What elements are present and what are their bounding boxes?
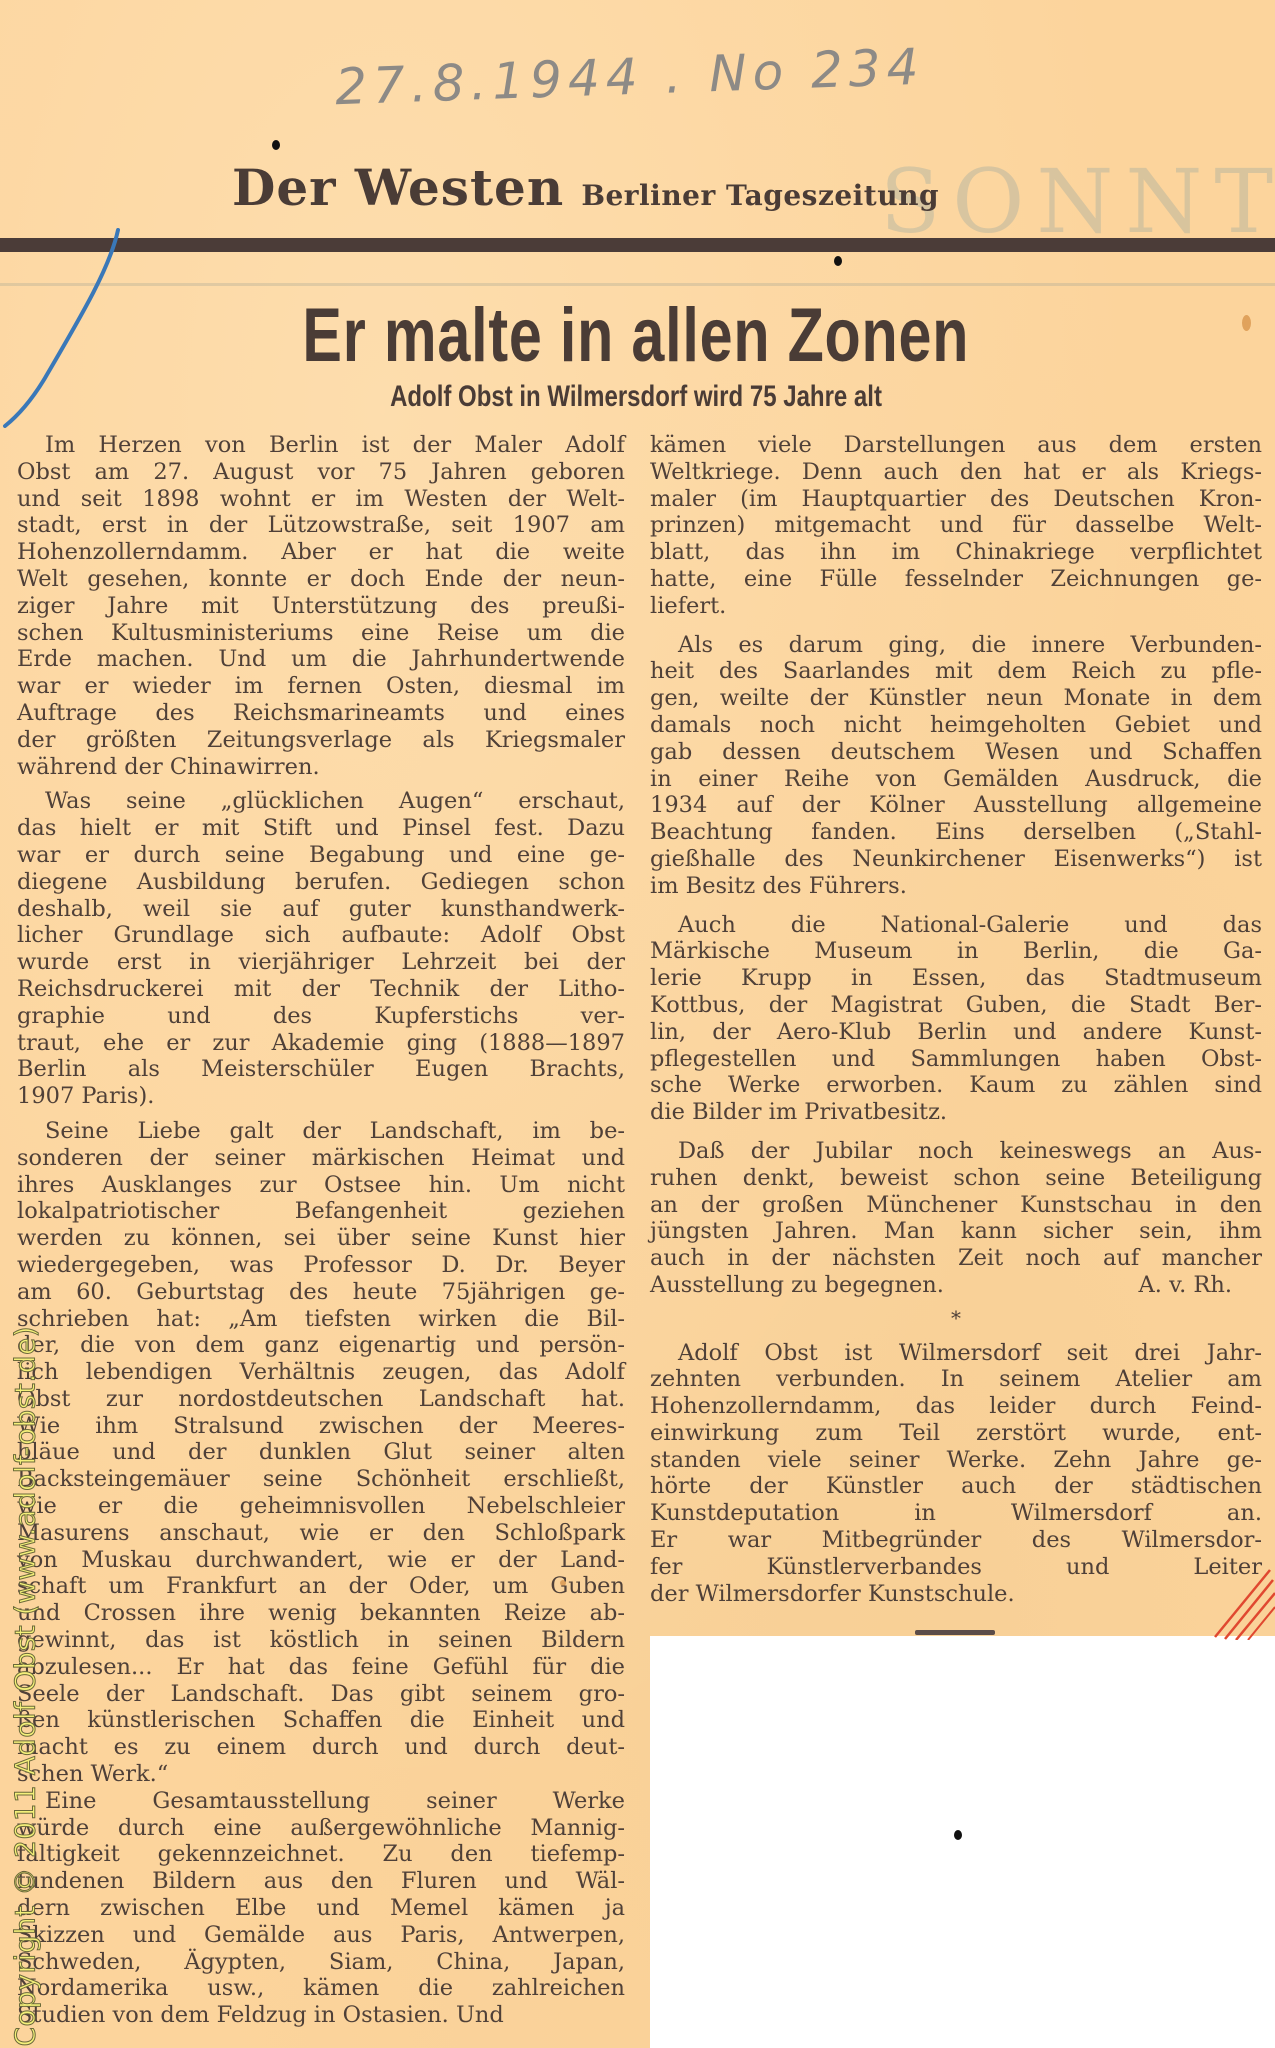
- article-paragraph: Seine Liebe galt der Landschaft, im be-s…: [17, 1118, 625, 1788]
- author-signature: A. v. Rh.: [1139, 1272, 1232, 1299]
- article-right-column: kämen viele Darstellungen aus dem ersten…: [650, 432, 1262, 1607]
- article-paragraph: Als es darum ging, die innere Verbunden-…: [650, 632, 1262, 900]
- text-line: lin, der Aero-Klub Berlin und andere Kun…: [650, 1019, 1262, 1046]
- article-paragraph: Auch die National-Galerie und dasMärkisc…: [650, 912, 1262, 1126]
- text-line: Welt gesehen, konnte er doch Ende der ne…: [17, 566, 625, 593]
- text-line: Backsteingemäuer seine Schönheit erschli…: [17, 1466, 625, 1493]
- text-line: sche Werke erworben. Kaum zu zählen sind: [650, 1072, 1262, 1099]
- text-line: Auch die National-Galerie und das: [650, 912, 1262, 939]
- text-line: schaft um Frankfurt an der Oder, um Gube…: [17, 1573, 625, 1600]
- text-line: sonderen der seiner märkischen Heimat un…: [17, 1145, 625, 1172]
- text-line: Was seine „glücklichen Augen“ erschaut,: [17, 788, 625, 815]
- text-line: maler (im Hauptquartier des Deutschen Kr…: [650, 486, 1262, 513]
- text-line: während der Chinawirren.: [17, 754, 625, 781]
- text-line: ßen künstlerischen Schaffen die Einheit …: [17, 1707, 625, 1734]
- masthead-rule: [0, 238, 1275, 252]
- text-line: im Besitz des Führers.: [650, 873, 1262, 900]
- text-line: Märkische Museum in Berlin, die Ga-: [650, 938, 1262, 965]
- text-line: jüngsten Jahren. Man kann sicher sein, i…: [650, 1218, 1262, 1245]
- newspaper-subtitle: Berliner Tageszeitung: [581, 179, 939, 212]
- text-line: Beachtung fanden. Eins derselben („Stahl…: [650, 819, 1262, 846]
- text-line: damals noch nicht heimgeholten Gebiet un…: [650, 712, 1262, 739]
- text-line: liefert.: [650, 593, 1262, 620]
- article-subheadline: Adolf Obst in Wilmersdorf wird 75 Jahre …: [126, 380, 1146, 414]
- newspaper-name: Der Westen: [232, 158, 564, 217]
- text-line: kämen viele Darstellungen aus dem ersten: [650, 432, 1262, 459]
- text-line: der, die von dem ganz eigenartig und per…: [17, 1332, 625, 1359]
- text-line: Kottbus, der Magistrat Guben, die Stadt …: [650, 992, 1262, 1019]
- text-line: schrieben hat: „Am tiefsten wirken die B…: [17, 1306, 625, 1333]
- thin-rule: [0, 283, 1275, 286]
- text-line: traut, ehe er zur Akademie ging (1888—18…: [17, 1030, 625, 1057]
- punch-dot: [834, 256, 842, 266]
- text-line: graphie und des Kupferstichs ver-: [17, 1003, 625, 1030]
- text-line: wiedergegeben, was Professor D. Dr. Beye…: [17, 1252, 625, 1279]
- text-line: blatt, das ihn im Chinakriege verpflicht…: [650, 539, 1262, 566]
- text-line: hörte der Künstler auch der städtischen: [650, 1473, 1262, 1500]
- text-line: faltigkeit gekennzeichnet. Zu den tiefem…: [17, 1841, 625, 1868]
- text-line: Obst am 27. August vor 75 Jahren geboren: [17, 459, 625, 486]
- text-line: schen Werk.“: [17, 1761, 625, 1788]
- text-line: prinzen) mitgemacht und für dasselbe Wel…: [650, 512, 1262, 539]
- punch-dot: [272, 140, 280, 150]
- text-line: heit des Saarlandes mit dem Reich zu pfl…: [650, 658, 1262, 685]
- text-line: Adolf Obst ist Wilmersdorf seit drei Jah…: [650, 1340, 1262, 1367]
- text-line: ziger Jahre mit Unterstützung des preußi…: [17, 593, 625, 620]
- addendum-paragraph: Adolf Obst ist Wilmersdorf seit drei Jah…: [650, 1340, 1262, 1608]
- text-line: lerie Krupp in Essen, das Stadtmuseum: [650, 965, 1262, 992]
- text-line: Nordamerika usw., kämen die zahlreichen: [17, 1975, 625, 2002]
- text-line: der größten Zeitungsverlage als Kriegsma…: [17, 727, 625, 754]
- text-line: Ausstellung zu begegnen.A. v. Rh.: [650, 1272, 1262, 1299]
- text-line: gewinnt, das ist köstlich in seinen Bild…: [17, 1627, 625, 1654]
- blank-scan-area: [650, 1636, 1275, 2048]
- text-line: das hielt er mit Stift und Pinsel fest. …: [17, 815, 625, 842]
- article-paragraph: Was seine „glücklichen Augen“ erschaut,d…: [17, 788, 625, 1110]
- article-paragraph: Im Herzen von Berlin ist der Maler Adolf…: [17, 432, 625, 780]
- text-line: Berlin als Meisterschüler Eugen Brachts,: [17, 1056, 625, 1083]
- text-line: Schweden, Ägypten, Siam, China, Japan,: [17, 1949, 625, 1976]
- text-line: diegene Ausbildung berufen. Gediegen sch…: [17, 869, 625, 896]
- text-line: Skizzen und Gemälde aus Paris, Antwerpen…: [17, 1922, 625, 1949]
- text-line: Eine Gesamtausstellung seiner Werke: [17, 1788, 625, 1815]
- text-line: von Muskau durchwandert, wie er der Land…: [17, 1547, 625, 1574]
- text-line: bläue und der dunklen Glut seiner alten: [17, 1439, 625, 1466]
- text-line: der Wilmersdorfer Kunstschule.: [650, 1581, 1262, 1608]
- text-line: Auftrage des Reichsmarineamts und eines: [17, 700, 625, 727]
- text-line: Im Herzen von Berlin ist der Maler Adolf: [17, 432, 625, 459]
- text-line: Seine Liebe galt der Landschaft, im be-: [17, 1118, 625, 1145]
- text-line: ihres Ausklanges zur Ostsee hin. Um nich…: [17, 1172, 625, 1199]
- article-paragraph: Daß der Jubilar noch keineswegs an Aus-r…: [650, 1138, 1262, 1299]
- text-line: war er wieder im fernen Osten, diesmal i…: [17, 673, 625, 700]
- text-line: stadt, erst in der Lützowstraße, seit 19…: [17, 512, 625, 539]
- text-line: gen, weilte der Künstler neun Monate in …: [650, 685, 1262, 712]
- text-line: abzulesen... Er hat das feine Gefühl für…: [17, 1654, 625, 1681]
- text-line: ruhen denkt, beweist schon seine Beteili…: [650, 1165, 1262, 1192]
- text-line: fundenen Bildern aus den Fluren und Wäl-: [17, 1868, 625, 1895]
- text-line: in einer Reihe von Gemälden Ausdruck, di…: [650, 766, 1262, 793]
- article-headline: Er malte in allen Zonen: [139, 292, 1134, 379]
- blue-pencil-mark-icon: [0, 228, 130, 428]
- copyright-watermark: Copyright © 2011 Adolf Obst (www.adolf-o…: [9, 1347, 42, 2047]
- text-line: Kunstdeputation in Wilmersdorf an.: [650, 1500, 1262, 1527]
- text-line: Weltkriege. Denn auch den hat er als Kri…: [650, 459, 1262, 486]
- article-paragraph: kämen viele Darstellungen aus dem ersten…: [650, 432, 1262, 620]
- text-line: einwirkung zum Teil zerstört wurde, ent-: [650, 1420, 1262, 1447]
- text-line: gießhalle des Neunkirchener Eisenwerks“)…: [650, 846, 1262, 873]
- end-of-article-rule: [915, 1630, 995, 1635]
- text-line: Obst zur nordostdeutschen Landschaft hat…: [17, 1386, 625, 1413]
- text-line: macht es zu einem durch und durch deut-: [17, 1734, 625, 1761]
- text-line: hatte, eine Fülle fesselnder Zeichnungen…: [650, 566, 1262, 593]
- text-line: wurde erst in vierjähriger Lehrzeit bei …: [17, 949, 625, 976]
- text-line: gab dessen deutschem Wesen und Schaffen: [650, 739, 1262, 766]
- text-line: lokalpatriotischer Befangenheit geziehen: [17, 1198, 625, 1225]
- red-pencil-mark-icon: [1210, 1565, 1275, 1640]
- text-line: standen viele seiner Werke. Zehn Jahre g…: [650, 1447, 1262, 1474]
- text-line: Masurens anschaut, wie er den Schloßpark: [17, 1520, 625, 1547]
- text-line: Studien von dem Feldzug in Ostasien. Und: [17, 2002, 625, 2029]
- text-line: 1907 Paris).: [17, 1083, 625, 1110]
- stain: [1242, 315, 1251, 331]
- text-line: war er durch seine Begabung und eine ge-: [17, 842, 625, 869]
- text-line: dern zwischen Elbe und Memel kämen ja: [17, 1895, 625, 1922]
- text-line: an der großen Münchener Kunstschau in de…: [650, 1192, 1262, 1219]
- text-line: schen Kultusministeriums eine Reise um d…: [17, 620, 625, 647]
- text-line: Er war Mitbegründer des Wilmersdor-: [650, 1527, 1262, 1554]
- text-line: würde durch eine außergewöhnliche Mannig…: [17, 1815, 625, 1842]
- punch-dot: [954, 1830, 962, 1840]
- text-line: am 60. Geburtstag des heute 75jährigen g…: [17, 1279, 625, 1306]
- text-line: lich lebendigen Verhältnis zeugen, das A…: [17, 1359, 625, 1386]
- text-line: Hohenzollerndamm, das leider durch Feind…: [650, 1393, 1262, 1420]
- text-line: Erde machen. Und um die Jahrhundertwende: [17, 646, 625, 673]
- text-line: fer Künstlerverbandes und Leiter: [650, 1554, 1262, 1581]
- text-line: werden zu können, sei über seine Kunst h…: [17, 1225, 625, 1252]
- text-line: deshalb, weil sie auf guter kunsthandwer…: [17, 896, 625, 923]
- masthead: Der Westen Berliner Tageszeitung: [232, 158, 939, 217]
- text-line: Wie ihm Stralsund zwischen der Meeres-: [17, 1413, 625, 1440]
- text-line: Daß der Jubilar noch keineswegs an Aus-: [650, 1138, 1262, 1165]
- text-line: auch in der nächsten Zeit noch auf manch…: [650, 1245, 1262, 1272]
- article-left-column: Im Herzen von Berlin ist der Maler Adolf…: [17, 432, 625, 2029]
- text-line: und Crossen ihre wenig bekannten Reize a…: [17, 1600, 625, 1627]
- text-line: die Bilder im Privatbesitz.: [650, 1099, 1262, 1126]
- text-line: Reichsdruckerei mit der Technik der Lith…: [17, 976, 625, 1003]
- text-line: 1934 auf der Kölner Ausstellung allgemei…: [650, 792, 1262, 819]
- text-line: Seele der Landschaft. Das gibt seinem gr…: [17, 1681, 625, 1708]
- text-line: Hohenzollerndamm. Aber er hat die weite: [17, 539, 625, 566]
- section-separator: *: [650, 1305, 1262, 1332]
- text-line: und seit 1898 wohnt er im Westen der Wel…: [17, 486, 625, 513]
- text-line: wie er die geheimnisvollen Nebelschleier: [17, 1493, 625, 1520]
- text-line: Als es darum ging, die innere Verbunden-: [650, 632, 1262, 659]
- article-paragraph: Eine Gesamtausstellung seiner Werkewürde…: [17, 1788, 625, 2029]
- text-line: pflegestellen und Sammlungen haben Obst-: [650, 1046, 1262, 1073]
- text-line: licher Grundlage sich aufbaute: Adolf Ob…: [17, 922, 625, 949]
- text-line: zehnten verbunden. In seinem Atelier am: [650, 1366, 1262, 1393]
